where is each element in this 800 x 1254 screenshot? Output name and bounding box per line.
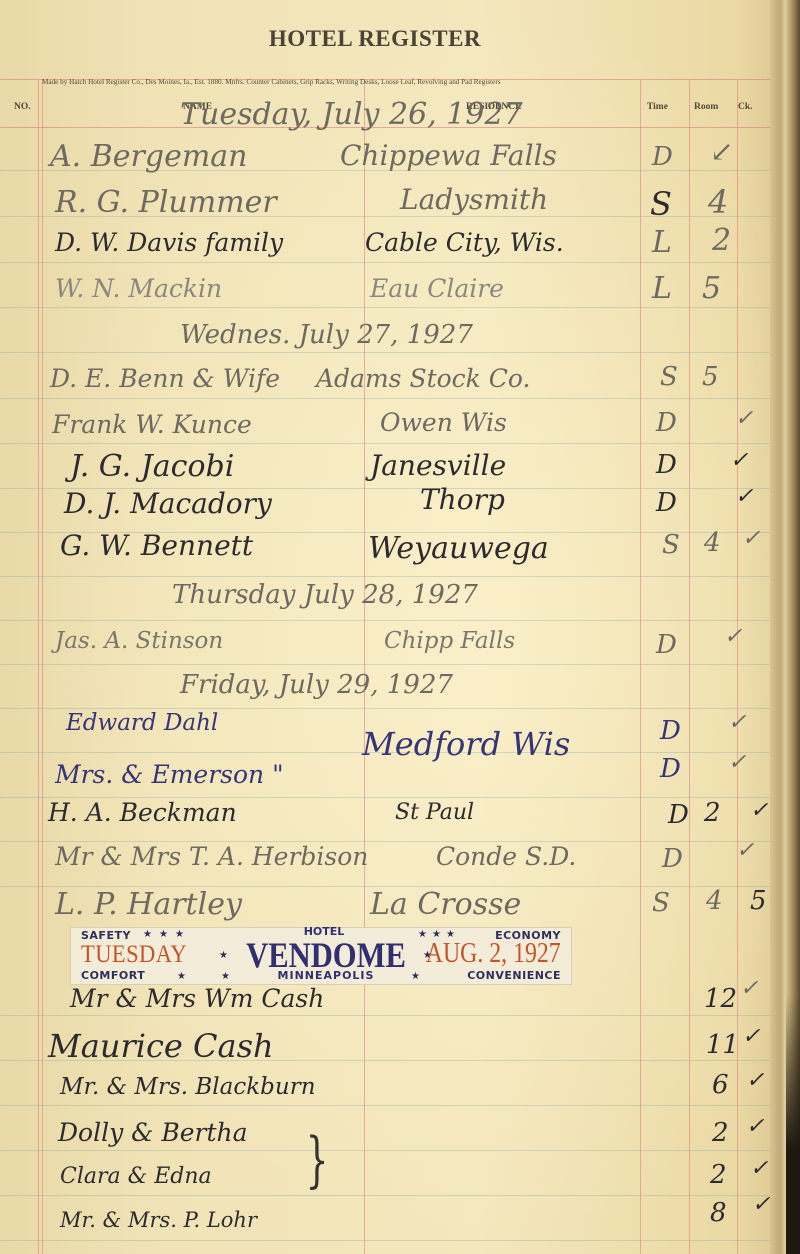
- ruled-line: [0, 443, 770, 444]
- check-mark-icon: ↙: [710, 138, 733, 166]
- book-binding-edge: [770, 0, 800, 1254]
- day-heading-tuesday: Tuesday, July 26, 1927: [180, 100, 523, 130]
- time-code: L: [652, 228, 672, 258]
- time-code: D: [660, 756, 681, 782]
- room-number: 2: [712, 1120, 729, 1146]
- ruled-line: [0, 1015, 770, 1016]
- time-code: L: [652, 274, 672, 304]
- check-mark-icon: ✓: [735, 408, 753, 430]
- guest-residence: St Paul: [395, 802, 474, 824]
- guest-name: Mr. & Mrs. Blackburn: [60, 1076, 316, 1099]
- guest-residence: Ladysmith: [400, 186, 548, 214]
- room-number: 8: [710, 1200, 727, 1226]
- column-rule-room: [689, 80, 690, 1254]
- room-number: 11: [706, 1032, 739, 1058]
- check-mark-icon: ✓: [750, 800, 768, 822]
- check-mark-icon: ✓: [740, 978, 758, 1000]
- guest-name: Mrs. & Emerson ": [55, 762, 284, 787]
- room-number: 4: [708, 186, 728, 218]
- ruled-line: [0, 1195, 770, 1196]
- time-code: D: [656, 410, 677, 436]
- room-number: 5: [702, 364, 719, 390]
- guest-name: D. W. Davis family: [55, 230, 283, 255]
- room-number: 4: [704, 530, 721, 556]
- register-page: HOTEL REGISTER Made by Hatch Hotel Regis…: [0, 0, 800, 1254]
- guest-residence: Cable City, Wis.: [365, 230, 564, 255]
- guest-name: W. N. Mackin: [55, 276, 222, 301]
- guest-name: L. P. Hartley: [55, 890, 242, 920]
- column-rule-time: [640, 80, 641, 1254]
- time-code: D: [668, 802, 689, 828]
- guest-name: R. G. Plummer: [55, 188, 277, 218]
- room-number: 4: [706, 888, 723, 914]
- check-mark-icon: ✓: [730, 450, 748, 472]
- page-title: HOTEL REGISTER: [0, 26, 750, 52]
- time-code: D: [656, 452, 677, 478]
- star-icon: ★: [175, 929, 184, 940]
- guest-name: J. G. Jacobi: [70, 452, 234, 482]
- ruled-line: [0, 398, 770, 399]
- guest-name: Frank W. Kunce: [52, 412, 252, 437]
- star-icon: ★: [159, 929, 168, 940]
- ruled-line: [0, 1150, 770, 1151]
- guest-residence: Chippewa Falls: [340, 142, 557, 170]
- time-code: D: [652, 144, 673, 170]
- maker-line: Made by Hatch Hotel Register Co., Des Mo…: [42, 78, 501, 86]
- column-header-no: NO.: [14, 102, 31, 112]
- column-rule-name: [42, 80, 43, 1254]
- time-code: S: [662, 532, 680, 558]
- guest-name: D. E. Benn & Wife: [50, 366, 280, 391]
- guest-name: Maurice Cash: [48, 1030, 274, 1062]
- check-mark-icon: ✓: [746, 1070, 764, 1092]
- star-icon: ★: [143, 929, 152, 940]
- guest-residence: Thorp: [420, 486, 505, 514]
- check-mark-icon: ✓: [728, 752, 746, 774]
- guest-residence: Eau Claire: [370, 276, 504, 301]
- check-mark-icon: ✓: [724, 626, 742, 648]
- guest-residence: Chipp Falls: [384, 630, 515, 653]
- room-number: 6: [712, 1072, 729, 1098]
- check-code: 5: [750, 888, 767, 914]
- check-mark-icon: ✓: [752, 1194, 770, 1216]
- stamp-comfort: COMFORT: [81, 969, 145, 982]
- guest-residence: Janesville: [370, 452, 506, 480]
- column-header-time: Time: [647, 102, 668, 112]
- check-mark-icon: ✓: [742, 528, 760, 550]
- ruled-line: [0, 576, 770, 577]
- room-number: 2: [712, 226, 731, 256]
- guest-residence: La Crosse: [370, 890, 521, 920]
- ruled-line: [0, 708, 770, 709]
- ruled-line: [0, 620, 770, 621]
- guest-name: Mr & Mrs Wm Cash: [70, 986, 324, 1011]
- column-header-ck: Ck.: [738, 102, 753, 112]
- time-code: S: [660, 364, 678, 390]
- time-code: S: [650, 188, 672, 220]
- check-mark-icon: ✓: [728, 712, 746, 734]
- stamp-day: TUESDAY: [81, 941, 187, 969]
- stamp-city: MINNEAPOLIS: [231, 969, 421, 982]
- check-mark-icon: ✓: [746, 1116, 764, 1138]
- guest-name: G. W. Bennett: [60, 532, 253, 560]
- column-rule-ck: [737, 80, 738, 1254]
- stamp-convenience: CONVENIENCE: [467, 969, 561, 982]
- day-heading-friday: Friday, July 29, 1927: [180, 672, 453, 698]
- check-mark-icon: ✓: [736, 840, 754, 862]
- guest-name: A. Bergeman: [50, 142, 248, 172]
- ruled-line: [0, 307, 770, 308]
- check-mark-icon: ✓: [735, 486, 753, 508]
- day-heading-thursday: Thursday July 28, 1927: [172, 582, 478, 608]
- guest-name: Dolly & Bertha: [58, 1120, 248, 1145]
- ruled-line: [0, 352, 770, 353]
- star-icon: ★: [219, 950, 228, 961]
- guest-name: Jas. A. Stinson: [55, 630, 223, 653]
- time-code: D: [656, 490, 677, 516]
- room-number: 2: [710, 1162, 727, 1188]
- room-number: 2: [704, 800, 721, 826]
- time-code: D: [656, 632, 677, 658]
- guest-residence: Medford Wis: [362, 728, 570, 760]
- guest-name: Mr. & Mrs. P. Lohr: [60, 1210, 257, 1231]
- star-icon: ★: [411, 971, 420, 982]
- star-icon: ★: [221, 971, 230, 982]
- room-number: 5: [702, 274, 721, 304]
- star-icon: ★: [177, 971, 186, 982]
- column-rule-no: [38, 80, 39, 1254]
- ruled-line: [0, 262, 770, 263]
- guest-name: Edward Dahl: [66, 712, 218, 735]
- guest-name: H. A. Beckman: [48, 800, 237, 825]
- column-header-room: Room: [694, 102, 718, 112]
- ruled-line: [0, 1240, 770, 1241]
- check-mark-icon: ✓: [750, 1158, 768, 1180]
- guest-name: Clara & Edna: [60, 1166, 212, 1188]
- guest-residence: Conde S.D.: [436, 844, 576, 869]
- room-number: 12: [704, 986, 737, 1012]
- stamp-date: AUG. 2, 1927: [426, 938, 561, 970]
- guest-residence: Weyauwega: [368, 534, 549, 564]
- check-mark-icon: ✓: [742, 1026, 760, 1048]
- day-heading-wednesday: Wednes. July 27, 1927: [180, 322, 473, 348]
- guest-residence: Owen Wis: [380, 410, 507, 435]
- ruled-line: [0, 1105, 770, 1106]
- guest-name: Mr & Mrs T. A. Herbison: [55, 844, 368, 869]
- brace-icon: }: [306, 1125, 329, 1195]
- time-code: D: [660, 718, 681, 744]
- time-code: D: [662, 846, 683, 872]
- hotel-date-stamp: SAFETY ★ ★ ★ TUESDAY ★ HOTEL VENDOME MIN…: [70, 927, 572, 985]
- guest-name: D. J. Macadory: [64, 490, 272, 518]
- time-code: S: [652, 890, 670, 916]
- ruled-line: [0, 664, 770, 665]
- guest-residence: Adams Stock Co.: [316, 366, 530, 391]
